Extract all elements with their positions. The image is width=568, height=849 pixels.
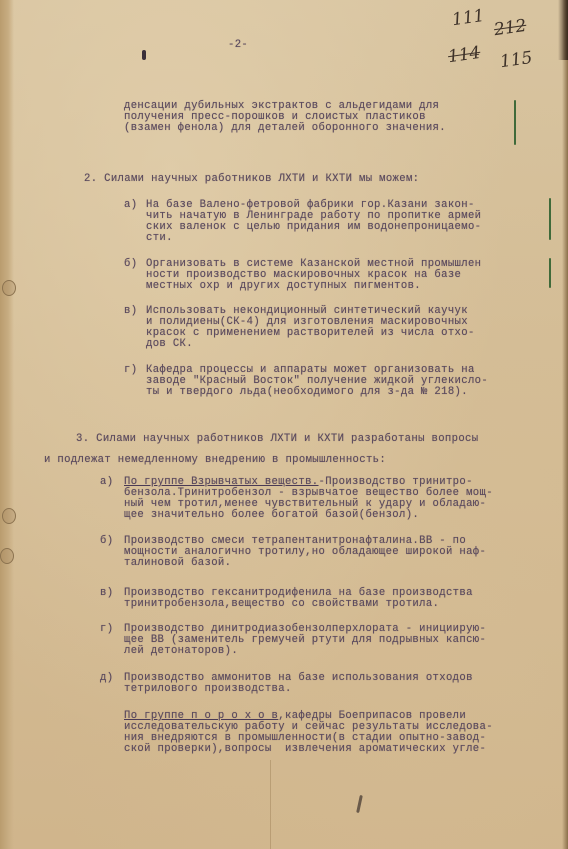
item-line: щее значительно более богатой базой(бенз… — [124, 510, 419, 522]
item-label: в) — [100, 588, 113, 600]
paper-stain — [356, 795, 363, 813]
handwritten-number-crossed: 212 — [493, 16, 528, 40]
section-3-heading: 3. Силами научных работников ЛХТИ и КХТИ… — [76, 434, 478, 446]
item-line: талиновой базой. — [124, 558, 231, 570]
item-label: б) — [124, 259, 137, 271]
item-label: б) — [100, 536, 113, 548]
item-line: ских валенок с целью придания им водонеп… — [146, 222, 481, 234]
ink-smudge — [142, 50, 146, 60]
item-line: местных охр и других доступных пигментов… — [146, 281, 421, 293]
margin-mark — [514, 100, 516, 145]
page-number: -2- — [228, 40, 248, 52]
document-page: 111 212 114 115 -2- денсации дубильных э… — [0, 0, 568, 849]
item-label: а) — [124, 200, 137, 212]
paper-left-edge — [0, 0, 14, 849]
item-line: лей детонаторов). — [124, 646, 238, 658]
handwritten-number: 111 — [451, 6, 486, 30]
handwritten-number: 115 — [499, 48, 534, 72]
item-line: тринитробензола,вещество со свойствами т… — [124, 599, 439, 611]
item-label: г) — [100, 624, 113, 636]
item-label: д) — [100, 673, 113, 685]
binding-hole — [2, 508, 16, 524]
paper-corner-shadow — [558, 0, 568, 60]
section-3-continuation: и подлежат немедленному внедрению в пром… — [44, 455, 386, 467]
section-2-heading: 2. Силами научных работников ЛХТИ и КХТИ… — [84, 174, 419, 186]
binding-hole — [2, 280, 16, 296]
item-line: красок с применением растворителей из чи… — [146, 328, 475, 340]
item-label: в) — [124, 306, 137, 318]
binding-hole — [0, 548, 14, 564]
item-line: ты и твердого льда(необходимого для з-да… — [146, 387, 468, 399]
margin-mark — [549, 258, 551, 288]
item-line: дов СК. — [146, 339, 193, 351]
item-label: а) — [100, 477, 113, 489]
handwritten-number-crossed: 114 — [447, 43, 482, 67]
margin-mark — [549, 198, 551, 240]
item-line: сти. — [146, 233, 173, 245]
intro-line: (взамен фенола) для деталей оборонного з… — [124, 123, 446, 135]
paper-fold — [270, 760, 271, 849]
item-line: тетрилового производства. — [124, 684, 292, 696]
powders-line: ской проверки),вопросы извлечения аромат… — [124, 744, 486, 756]
paper-right-edge — [562, 0, 568, 849]
item-label: г) — [124, 365, 137, 377]
